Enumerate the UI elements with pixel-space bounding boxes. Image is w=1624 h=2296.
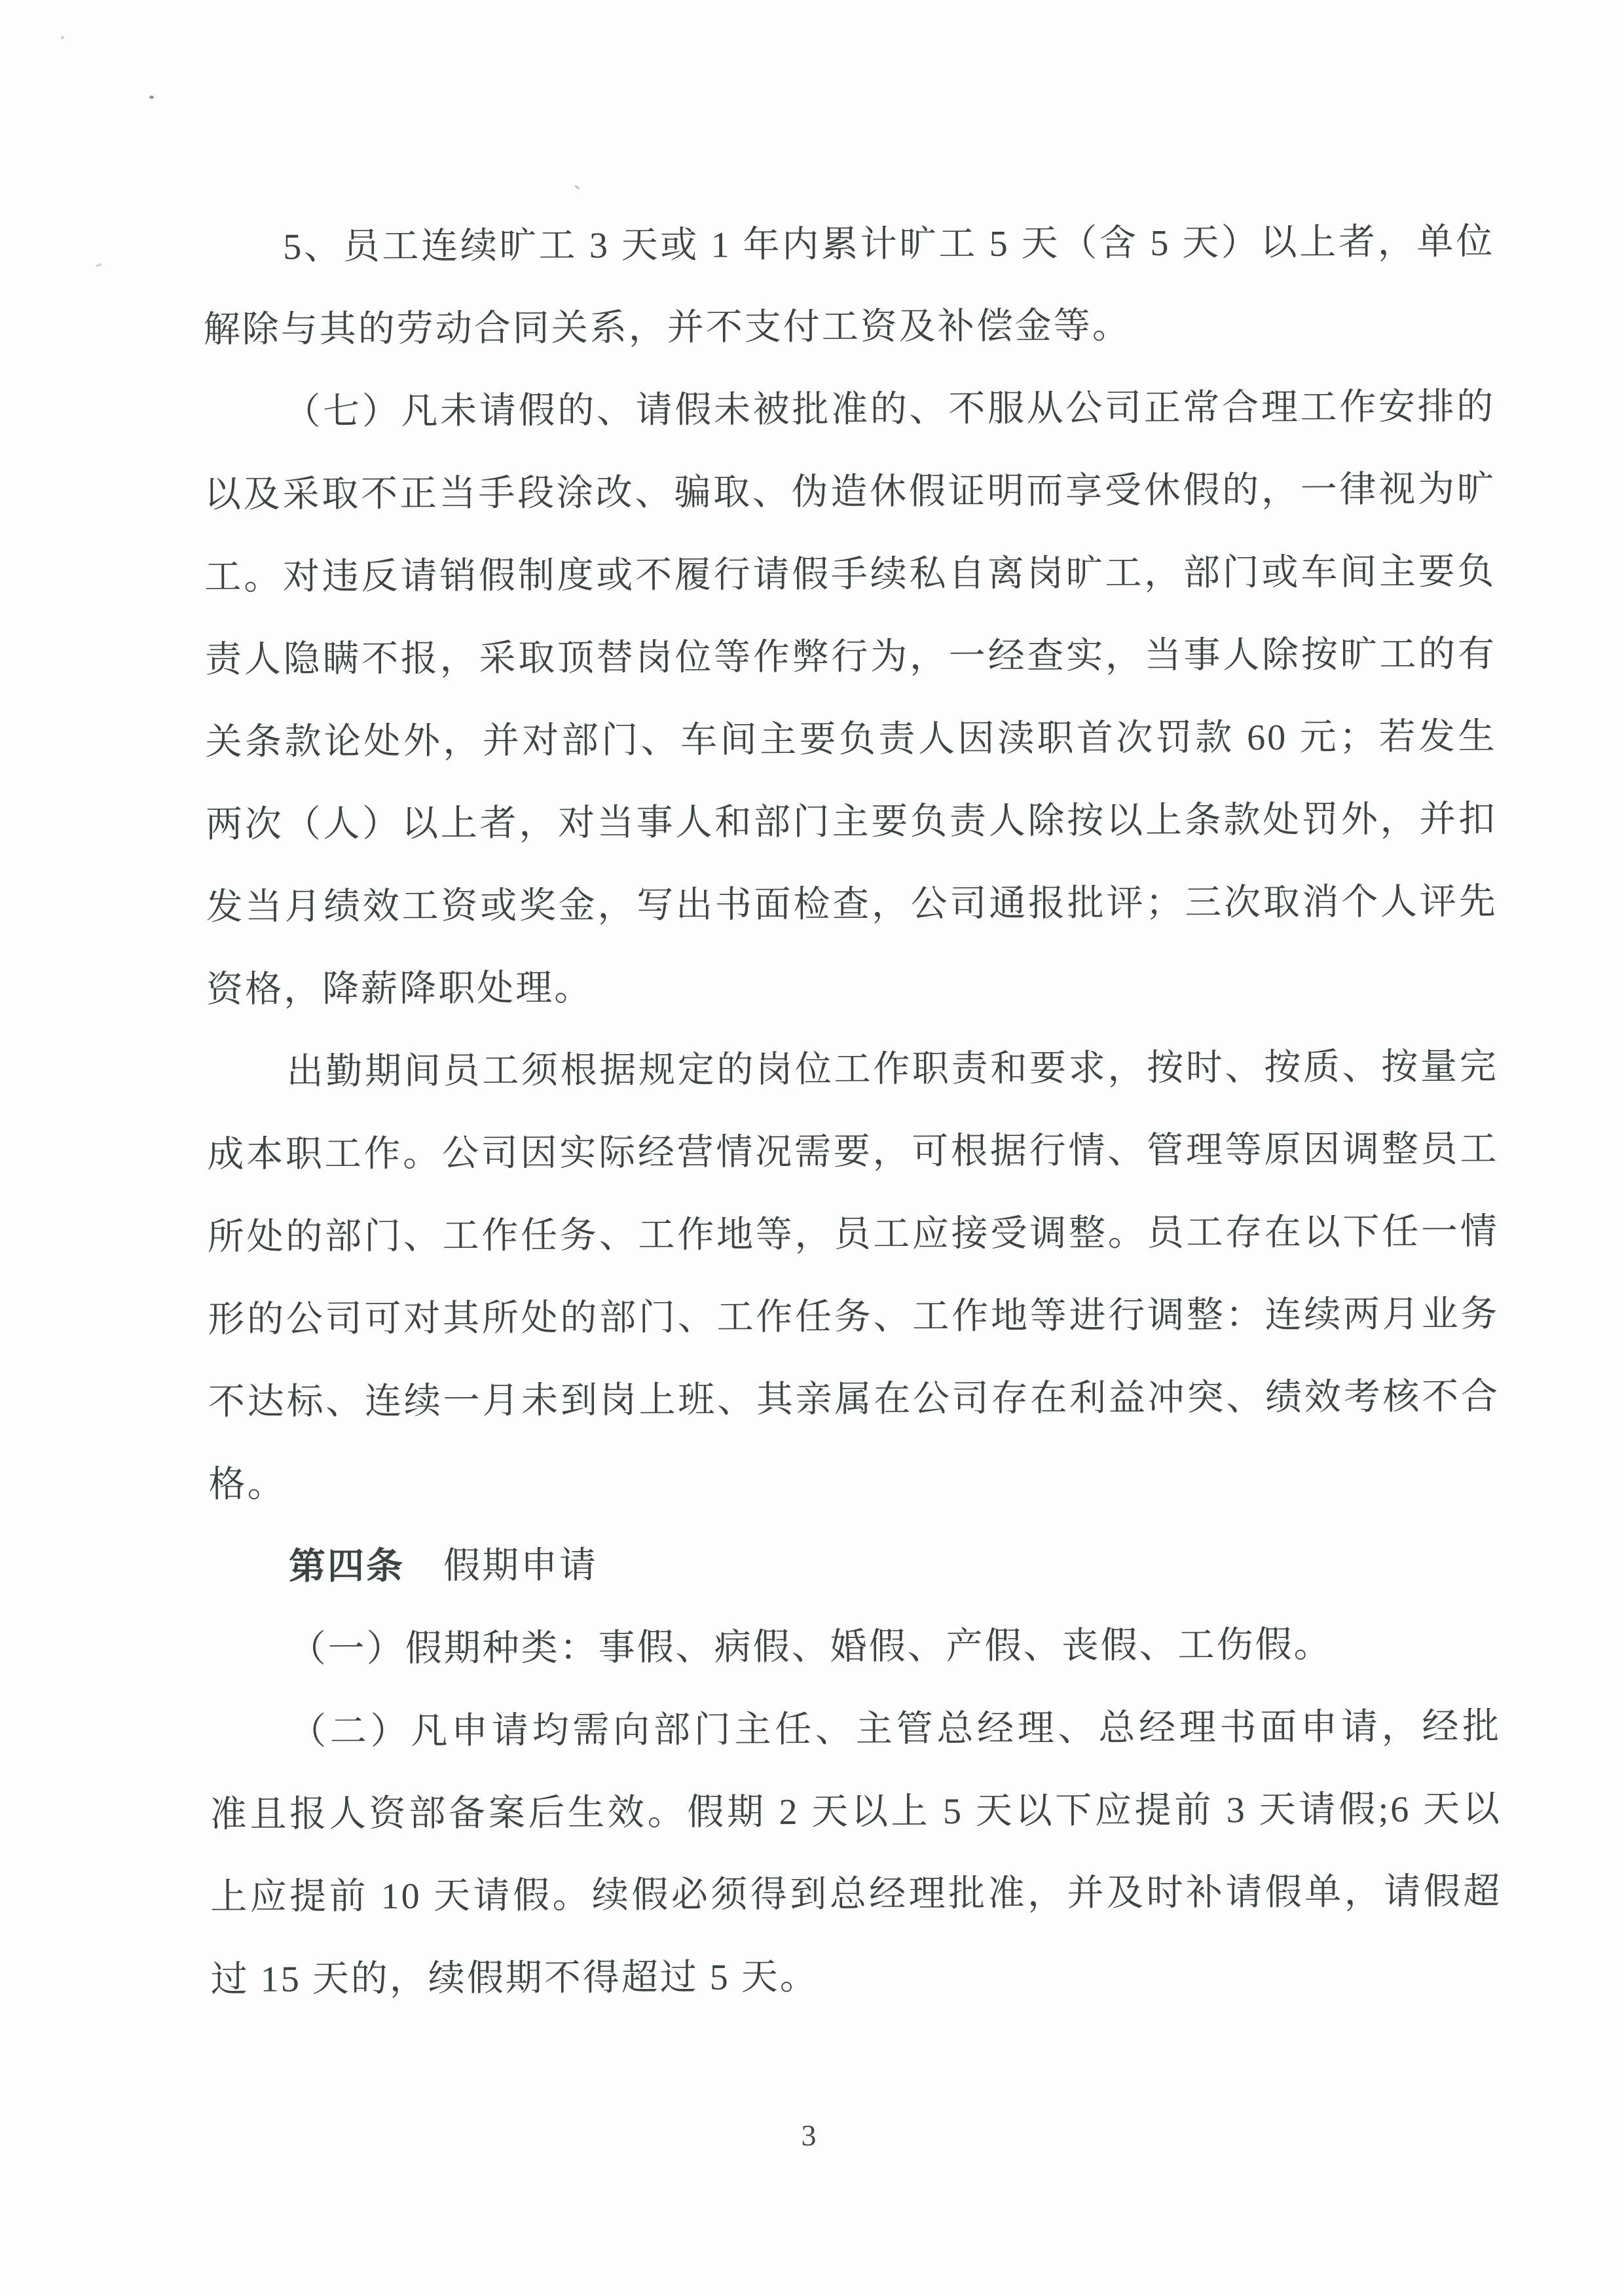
- scan-speck: [96, 263, 103, 267]
- text-run: 格。: [208, 1464, 286, 1505]
- page-number: 3: [783, 2116, 835, 2155]
- line-15: 不达标、连续一月未到岗上班、其亲属在公司存在利益冲突、绩效考核不合: [208, 1355, 1500, 1444]
- line-8: 两次（人）以上者，对当事人和部门主要负责人除按以上条款处罚外，并扣: [206, 778, 1498, 866]
- text-run: （二）凡申请均需向部门主任、主管总经理、总经理书面申请，经批: [289, 1706, 1501, 1752]
- line-7: 关条款论处外，并对部门、车间主要负责人因渎职首次罚款 60 元；若发生: [205, 695, 1497, 784]
- line-14: 形的公司可对其所处的部门、工作任务、工作地等进行调整：连续两月业务: [208, 1273, 1500, 1361]
- line-13: 所处的部门、工作任务、工作地等，员工应接受调整。员工存在以下任一情: [208, 1190, 1500, 1279]
- line-9: 发当月绩效工资或奖金，写出书面检查，公司通报批评；三次取消个人评先: [206, 860, 1498, 949]
- text-run: 假期申请: [405, 1545, 598, 1586]
- text-run: 以及采取不正当手段涂改、骗取、伪造休假证明而享受休假的，一律视为旷: [204, 469, 1496, 515]
- line-6: 责人隐瞒不报，采取顶替岗位等作弊行为，一经查实，当事人除按旷工的有: [205, 613, 1497, 701]
- text-run: （七）凡未请假的、请假未被批准的、不服从公司正常合理工作安排的: [284, 386, 1495, 432]
- line-18: （一）假期种类：事假、病假、婚假、产假、丧假、工伤假。: [209, 1603, 1501, 1691]
- text-run: 形的公司可对其所处的部门、工作任务、工作地等进行调整：连续两月业务: [208, 1294, 1499, 1340]
- line-1: 5、员工连续旷工 3 天或 1 年内累计旷工 5 天（含 5 天）以上者，单位: [203, 200, 1495, 289]
- scan-speck: [574, 185, 581, 190]
- line-3: （七）凡未请假的、请假未被批准的、不服从公司正常合理工作安排的: [204, 365, 1496, 454]
- document-body: 5、员工连续旷工 3 天或 1 年内累计旷工 5 天（含 5 天）以上者，单位解…: [203, 200, 1502, 2021]
- line-12: 成本职工作。公司因实际经营情况需要，可根据行情、管理等原因调整员工: [207, 1108, 1499, 1196]
- text-run: 过 15 天的，续假期不得超过 5 天。: [211, 1957, 819, 2000]
- text-run: 关条款论处外，并对部门、车间主要负责人因渎职首次罚款 60 元；若发生: [205, 716, 1496, 763]
- text-run: 解除与其的劳动合同关系，并不支付工资及补偿金等。: [204, 306, 1131, 350]
- line-10: 资格，降薪降职处理。: [206, 943, 1498, 1031]
- text-run: 成本职工作。公司因实际经营情况需要，可根据行情、管理等原因调整员工: [207, 1129, 1498, 1175]
- line-21: 上应提前 10 天请假。续假必须得到总经理批准，并及时补请假单，请假超: [210, 1850, 1502, 1939]
- line-16: 格。: [208, 1438, 1500, 1526]
- line-22: 过 15 天的，续假期不得超过 5 天。: [211, 1933, 1503, 2021]
- text-run: 所处的部门、工作任务、工作地等，员工应接受调整。员工存在以下任一情: [208, 1211, 1499, 1258]
- line-20: 准且报人资部备案后生效。假期 2 天以上 5 天以下应提前 3 天请假;6 天以: [210, 1768, 1502, 1856]
- text-run: 5、员工连续旷工 3 天或 1 年内累计旷工 5 天（含 5 天）以上者，单位: [283, 221, 1494, 267]
- text-run: 两次（人）以上者，对当事人和部门主要负责人除按以上条款处罚外，并扣: [206, 799, 1497, 845]
- line-2: 解除与其的劳动合同关系，并不支付工资及补偿金等。: [204, 283, 1496, 371]
- heading-article-4: 第四条 假期申请: [209, 1520, 1501, 1609]
- scan-speck: [149, 96, 154, 99]
- text-run: 责人隐瞒不报，采取顶替岗位等作弊行为，一经查实，当事人除按旷工的有: [205, 634, 1496, 680]
- scan-speck: [61, 36, 64, 39]
- text-run: 出勤期间员工须根据规定的岗位工作职责和要求，按时、按质、按量完: [287, 1046, 1498, 1092]
- text-run: 工。对违反请销假制度或不履行请假手续私自离岗旷工，部门或车间主要负: [204, 551, 1496, 598]
- line-4: 以及采取不正当手段涂改、骗取、伪造休假证明而享受休假的，一律视为旷: [204, 448, 1496, 536]
- line-11: 出勤期间员工须根据规定的岗位工作职责和要求，按时、按质、按量完: [206, 1025, 1498, 1114]
- text-run: 资格，降薪降职处理。: [206, 968, 593, 1010]
- line-5: 工。对违反请销假制度或不履行请假手续私自离岗旷工，部门或车间主要负: [204, 530, 1496, 619]
- text-run: 发当月绩效工资或奖金，写出书面检查，公司通报批评；三次取消个人评先: [206, 881, 1498, 928]
- text-run: 不达标、连续一月未到岗上班、其亲属在公司存在利益冲突、绩效考核不合: [208, 1376, 1500, 1423]
- text-run: （一）假期种类：事假、病假、婚假、产假、丧假、工伤假。: [289, 1624, 1332, 1669]
- heading-term: 第四条: [289, 1546, 405, 1588]
- text-run: 上应提前 10 天请假。续假必须得到总经理批准，并及时补请假单，请假超: [210, 1871, 1502, 1918]
- line-19: （二）凡申请均需向部门主任、主管总经理、总经理书面申请，经批: [210, 1685, 1502, 1774]
- text-run: 准且报人资部备案后生效。假期 2 天以上 5 天以下应提前 3 天请假;6 天以: [210, 1789, 1502, 1835]
- scanned-document-page: 5、员工连续旷工 3 天或 1 年内累计旷工 5 天（含 5 天）以上者，单位解…: [0, 0, 1624, 2296]
